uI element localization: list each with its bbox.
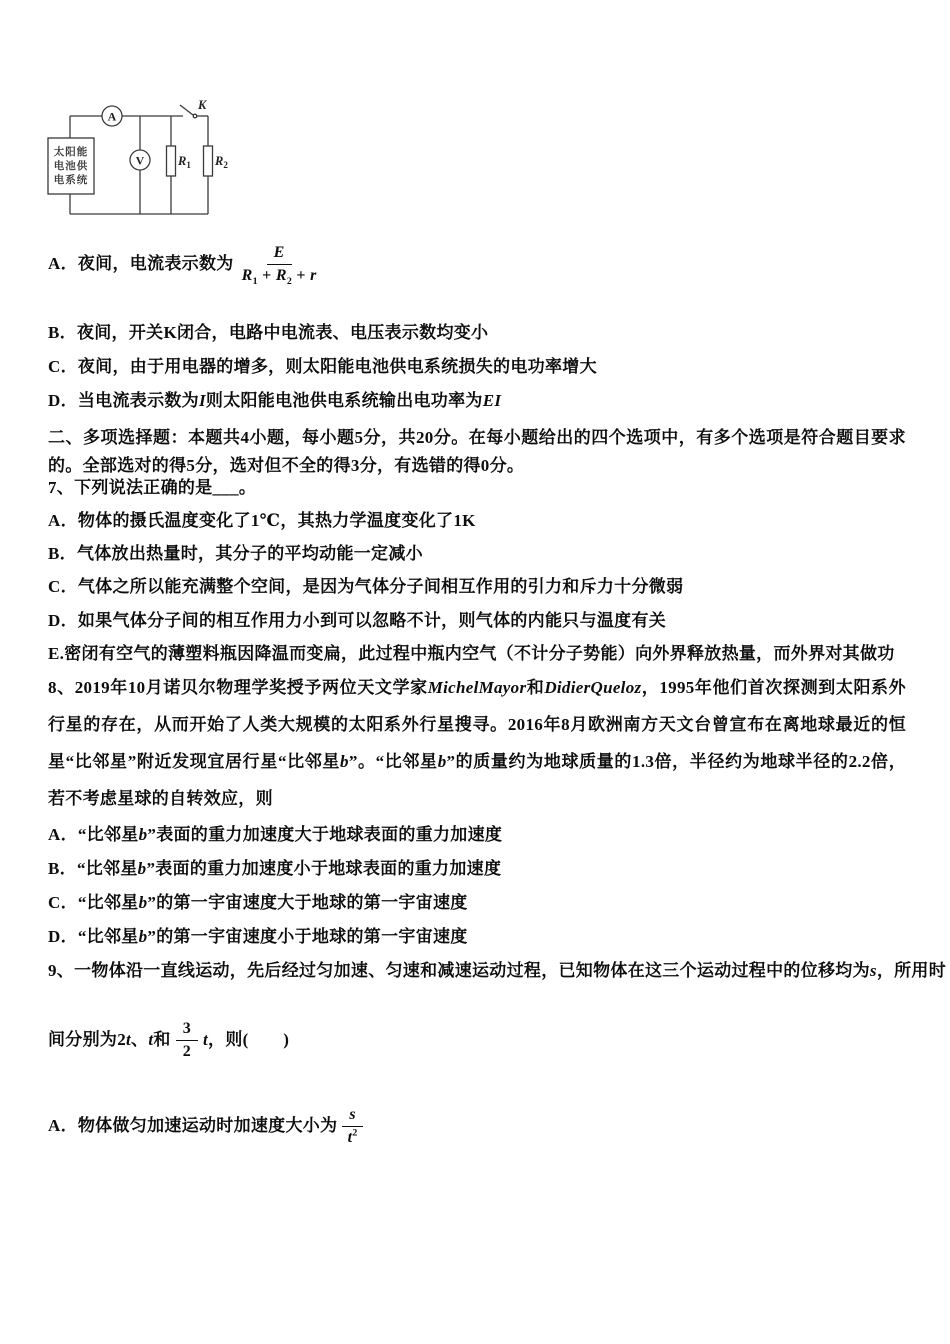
q6-option-c: C．夜间，由于用电器的增多，则太阳能电池供电系统损失的电功率增大 (48, 356, 597, 378)
text-segment: EI (483, 391, 502, 410)
text-segment: b (438, 752, 447, 771)
text-segment: 3 (183, 1020, 191, 1037)
switch-blade (180, 105, 193, 115)
text-segment: b (340, 752, 349, 771)
text-segment: ”的第一宇宙速度大于地球的第一宇宙速度 (147, 893, 467, 912)
voltmeter-letter: V (136, 154, 145, 168)
text-segment: 9、一物体沿一直线运动，先后经过匀加速、匀速和减速运动过程，已知物体在这三个运动… (48, 961, 870, 980)
q7-option-e: E.密闭有空气的薄塑料瓶因降温而变扁，此过程中瓶内空气（不计分子势能）向外界释放… (48, 643, 895, 665)
r1-label: R1 (177, 154, 191, 170)
q6-option-b: B．夜间，开关K闭合，电路中电流表、电压表示数均变小 (48, 322, 488, 344)
text-segment: 2 (183, 1043, 191, 1060)
q9-stem-line1: 9、一物体沿一直线运动，先后经过匀加速、匀速和减速运动过程，已知物体在这三个运动… (48, 960, 946, 982)
fraction-numerator: 3 (176, 1019, 198, 1040)
resistor-r1 (167, 146, 176, 176)
ammeter-letter: A (108, 110, 117, 124)
text-segment: + (258, 267, 276, 284)
q6-option-d: D．当电流表示数为I则太阳能电池供电系统输出电功率为EI (48, 390, 501, 412)
text-segment: ”表面的重力加速度大于地球表面的重力加速度 (147, 825, 502, 844)
q8-option-c: C．“比邻星b”的第一宇宙速度大于地球的第一宇宙速度 (48, 892, 468, 914)
text-segment: 和 (526, 678, 544, 697)
text-segment: R (276, 267, 287, 284)
q8-stem: 8、2019年10月诺贝尔物理学奖授予两位天文学家MichelMayor和Did… (48, 669, 906, 817)
q8-option-a: A．“比邻星b”表面的重力加速度大于地球表面的重力加速度 (48, 824, 502, 846)
text-segment: ，则( ) (208, 1029, 289, 1051)
solar-box-label-line2: 电池供 (54, 159, 89, 172)
fraction-denominator: t2 (345, 1127, 361, 1147)
text-segment: ，所用时 (877, 961, 946, 980)
solar-box-label-line1: 太阳能 (54, 145, 89, 158)
text-segment: C．“比邻星 (48, 893, 139, 912)
q8-option-d: D．“比邻星b”的第一宇宙速度小于地球的第一宇宙速度 (48, 926, 468, 948)
text-segment: MichelMayor (428, 678, 527, 697)
text-segment: A．物体做匀加速运动时加速度大小为 (48, 1115, 337, 1137)
q6-option-a: A．夜间，电流表示数为ER1 + R2 + r (48, 238, 325, 290)
resistor-r2 (204, 146, 213, 176)
q7-option-a: A．物体的摄氏温度变化了1℃，其热力学温度变化了1K (48, 510, 476, 532)
text-segment: + (292, 267, 310, 284)
fraction: 32 (176, 1019, 198, 1060)
text-segment: ”。“比邻星 (349, 752, 438, 771)
text-segment: I (199, 391, 206, 410)
text-segment: B．“比邻星 (48, 859, 138, 878)
fraction-denominator: R1 + R2 + r (239, 265, 320, 285)
text-segment: A．夜间，电流表示数为 (48, 253, 234, 275)
text-segment: s (870, 961, 877, 980)
text-segment: 8、2019年10月诺贝尔物理学奖授予两位天文学家 (48, 678, 428, 697)
r2-label: R2 (214, 154, 228, 170)
text-segment: 间分别为2 (48, 1029, 126, 1051)
fraction-numerator: s (342, 1105, 363, 1126)
text-segment: ”表面的重力加速度小于地球表面的重力加速度 (146, 859, 501, 878)
text-segment: D．“比邻星 (48, 927, 139, 946)
text-segment: s (349, 1106, 356, 1123)
q7-option-d: D．如果气体分子间的相互作用力小到可以忽略不计，则气体的内能只与温度有关 (48, 610, 666, 632)
text-segment: A．“比邻星 (48, 825, 139, 844)
fraction-numerator: E (267, 243, 292, 264)
q9-stem-line2: 间分别为2t、t和32t，则( ) (48, 1012, 289, 1068)
fraction: st2 (342, 1105, 363, 1146)
text-segment: 2 (352, 1127, 357, 1138)
fraction: ER1 + R2 + r (239, 243, 320, 284)
text-segment: 、 (131, 1029, 148, 1051)
q7-stem: 7、下列说法正确的是___。 (48, 477, 256, 499)
text-segment: 和 (153, 1029, 170, 1051)
text-segment: D．当电流表示数为 (48, 391, 199, 410)
text-segment: r (310, 267, 317, 284)
circuit-diagram: 太阳能 电池供 电系统 A V R1 R2 K (46, 96, 232, 224)
q7-option-b: B．气体放出热量时，其分子的平均动能一定减小 (48, 543, 423, 565)
exam-page: { "circuit": { "box_lines": ["太阳能", "电池供… (0, 0, 950, 1344)
solar-box-label-line3: 电系统 (54, 173, 89, 186)
q9-option-a: A．物体做匀加速运动时加速度大小为st2 (48, 1098, 368, 1154)
q8-option-b: B．“比邻星b”表面的重力加速度小于地球表面的重力加速度 (48, 858, 501, 880)
text-segment: DidierQueloz (544, 678, 641, 697)
text-segment: 则太阳能电池供电系统输出电功率为 (206, 391, 483, 410)
q7-option-c: C．气体之所以能充满整个空间，是因为气体分子间相互作用的引力和斥力十分微弱 (48, 576, 683, 598)
section-2-header: 二、多项选择题：本题共4小题，每小题5分，共20分。在每小题给出的四个选项中，有… (48, 424, 906, 479)
fraction-denominator: 2 (180, 1041, 194, 1061)
text-segment: ”的第一宇宙速度小于地球的第一宇宙速度 (147, 927, 467, 946)
switch-contact (193, 114, 197, 118)
text-segment: E (274, 244, 285, 261)
text-segment: R (242, 267, 253, 284)
switch-k-label: K (197, 98, 208, 112)
